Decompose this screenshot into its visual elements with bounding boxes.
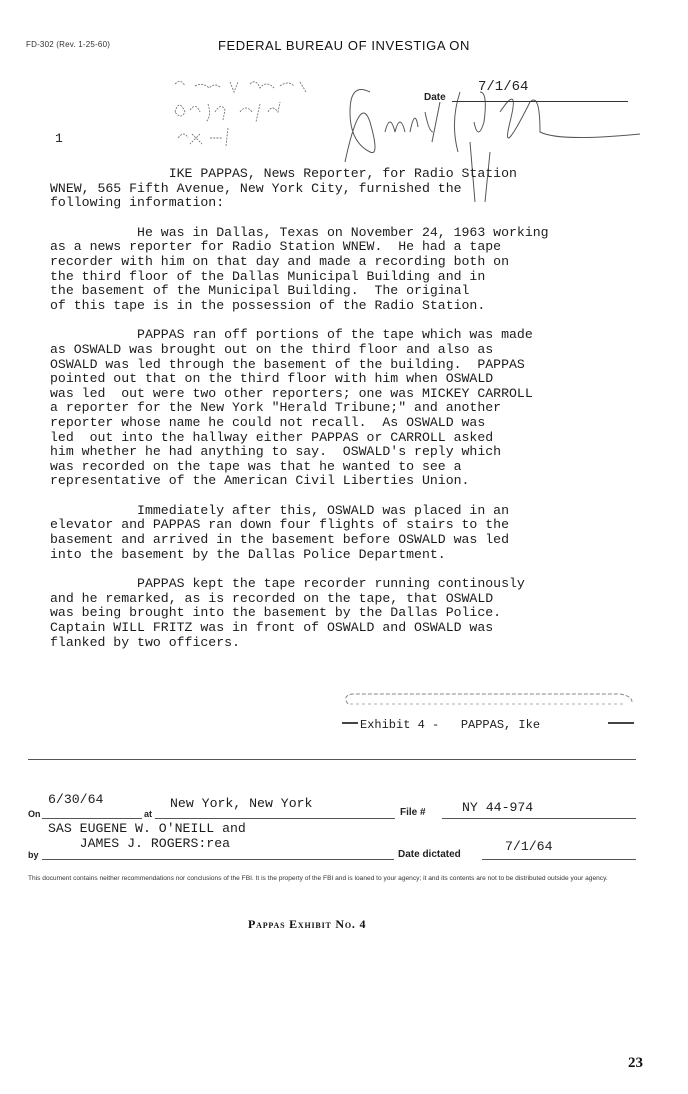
on-label: On	[28, 809, 41, 819]
disclaimer: This document contains neither recommend…	[28, 874, 648, 883]
by-underline	[42, 859, 394, 860]
exhibit-caption: Pappas Exhibit No. 4	[248, 917, 366, 932]
text-line: the basement of the Municipal Building. …	[50, 284, 549, 299]
date-dictated-label: Date dictated	[398, 849, 461, 860]
exhibit-bracket-icon	[340, 690, 640, 710]
text-line: led out into the hallway either PAPPAS o…	[50, 431, 549, 446]
text-line: of this tape is in the possession of the…	[50, 299, 549, 314]
by-line-2: JAMES J. ROGERS:rea	[48, 837, 230, 852]
form-id: FD-302 (Rev. 1-25-60)	[26, 40, 110, 49]
exhibit-tag: Exhibit 4 - PAPPAS, Ike	[360, 718, 540, 733]
at-location-value: New York, New York	[170, 797, 312, 812]
text-line: WNEW, 565 Fifth Avenue, New York City, f…	[50, 182, 549, 197]
page-number: 23	[628, 1055, 643, 1072]
text-line: He was in Dallas, Texas on November 24, …	[50, 226, 549, 241]
text-line: as a news reporter for Radio Station WNE…	[50, 240, 549, 255]
text-line: following information:	[50, 196, 549, 211]
paragraph-intro: IKE PAPPAS, News Reporter, for Radio Sta…	[50, 167, 549, 211]
text-line: basement and arrived in the basement bef…	[50, 533, 549, 548]
text-line: reporter whose name he could not recall.…	[50, 416, 549, 431]
exhibit-dash-left	[342, 722, 358, 724]
by-line-1: SAS EUGENE W. O'NEILL and	[48, 822, 246, 837]
file-label: File #	[400, 807, 426, 818]
on-date-value: 6/30/64	[48, 793, 103, 808]
text-line: and he remarked, as is recorded on the t…	[50, 592, 549, 607]
text-line: flanked by two officers.	[50, 636, 549, 651]
agency-title: FEDERAL BUREAU OF INVESTIGA ON	[218, 38, 470, 53]
by-label: by	[28, 850, 39, 860]
text-line: was being brought into the basement by t…	[50, 606, 549, 621]
text-line: IKE PAPPAS, News Reporter, for Radio Sta…	[50, 167, 549, 182]
text-line: was led out were two other reporters; on…	[50, 387, 549, 402]
text-line: a reporter for the New York "Herald Trib…	[50, 401, 549, 416]
text-line: him whether he had anything to say. OSWA…	[50, 445, 549, 460]
text-line: elevator and PAPPAS ran down four flight…	[50, 518, 549, 533]
paragraph-tape: PAPPAS ran off portions of the tape whic…	[50, 328, 549, 489]
text-line: pointed out that on the third floor with…	[50, 372, 549, 387]
on-underline	[42, 818, 142, 819]
text-line: PAPPAS ran off portions of the tape whic…	[50, 328, 549, 343]
at-label: at	[144, 809, 152, 819]
text-line: Immediately after this, OSWALD was place…	[50, 504, 549, 519]
exhibit-dash-right	[608, 722, 634, 724]
date-dictated-value: 7/1/64	[505, 840, 552, 855]
paragraph-elevator: Immediately after this, OSWALD was place…	[50, 504, 549, 562]
text-line: Captain WILL FRITZ was in front of OSWAL…	[50, 621, 549, 636]
date-value: 7/1/64	[478, 79, 528, 95]
at-underline	[155, 818, 395, 819]
file-underline	[442, 818, 636, 819]
text-line: recorder with him on that day and made a…	[50, 255, 549, 270]
text-line: was recorded on the tape was that he wan…	[50, 460, 549, 475]
footer-divider	[28, 759, 636, 760]
file-number-value: NY 44-974	[462, 801, 533, 816]
paragraph-recorder: PAPPAS kept the tape recorder running co…	[50, 577, 549, 650]
date-underline	[452, 101, 628, 102]
text-line: OSWALD was led through the basement of t…	[50, 358, 549, 373]
text-line: into the basement by the Dallas Police D…	[50, 548, 549, 563]
report-body: IKE PAPPAS, News Reporter, for Radio Sta…	[50, 167, 549, 650]
text-line: PAPPAS kept the tape recorder running co…	[50, 577, 549, 592]
text-line: the third floor of the Dallas Municipal …	[50, 270, 549, 285]
paragraph-dallas: He was in Dallas, Texas on November 24, …	[50, 226, 549, 314]
date-dictated-underline	[482, 859, 636, 860]
date-label: Date	[424, 92, 446, 103]
text-line: as OSWALD was brought out on the third f…	[50, 343, 549, 358]
text-line: representative of the American Civil Lib…	[50, 474, 549, 489]
page-index: 1	[55, 131, 63, 146]
